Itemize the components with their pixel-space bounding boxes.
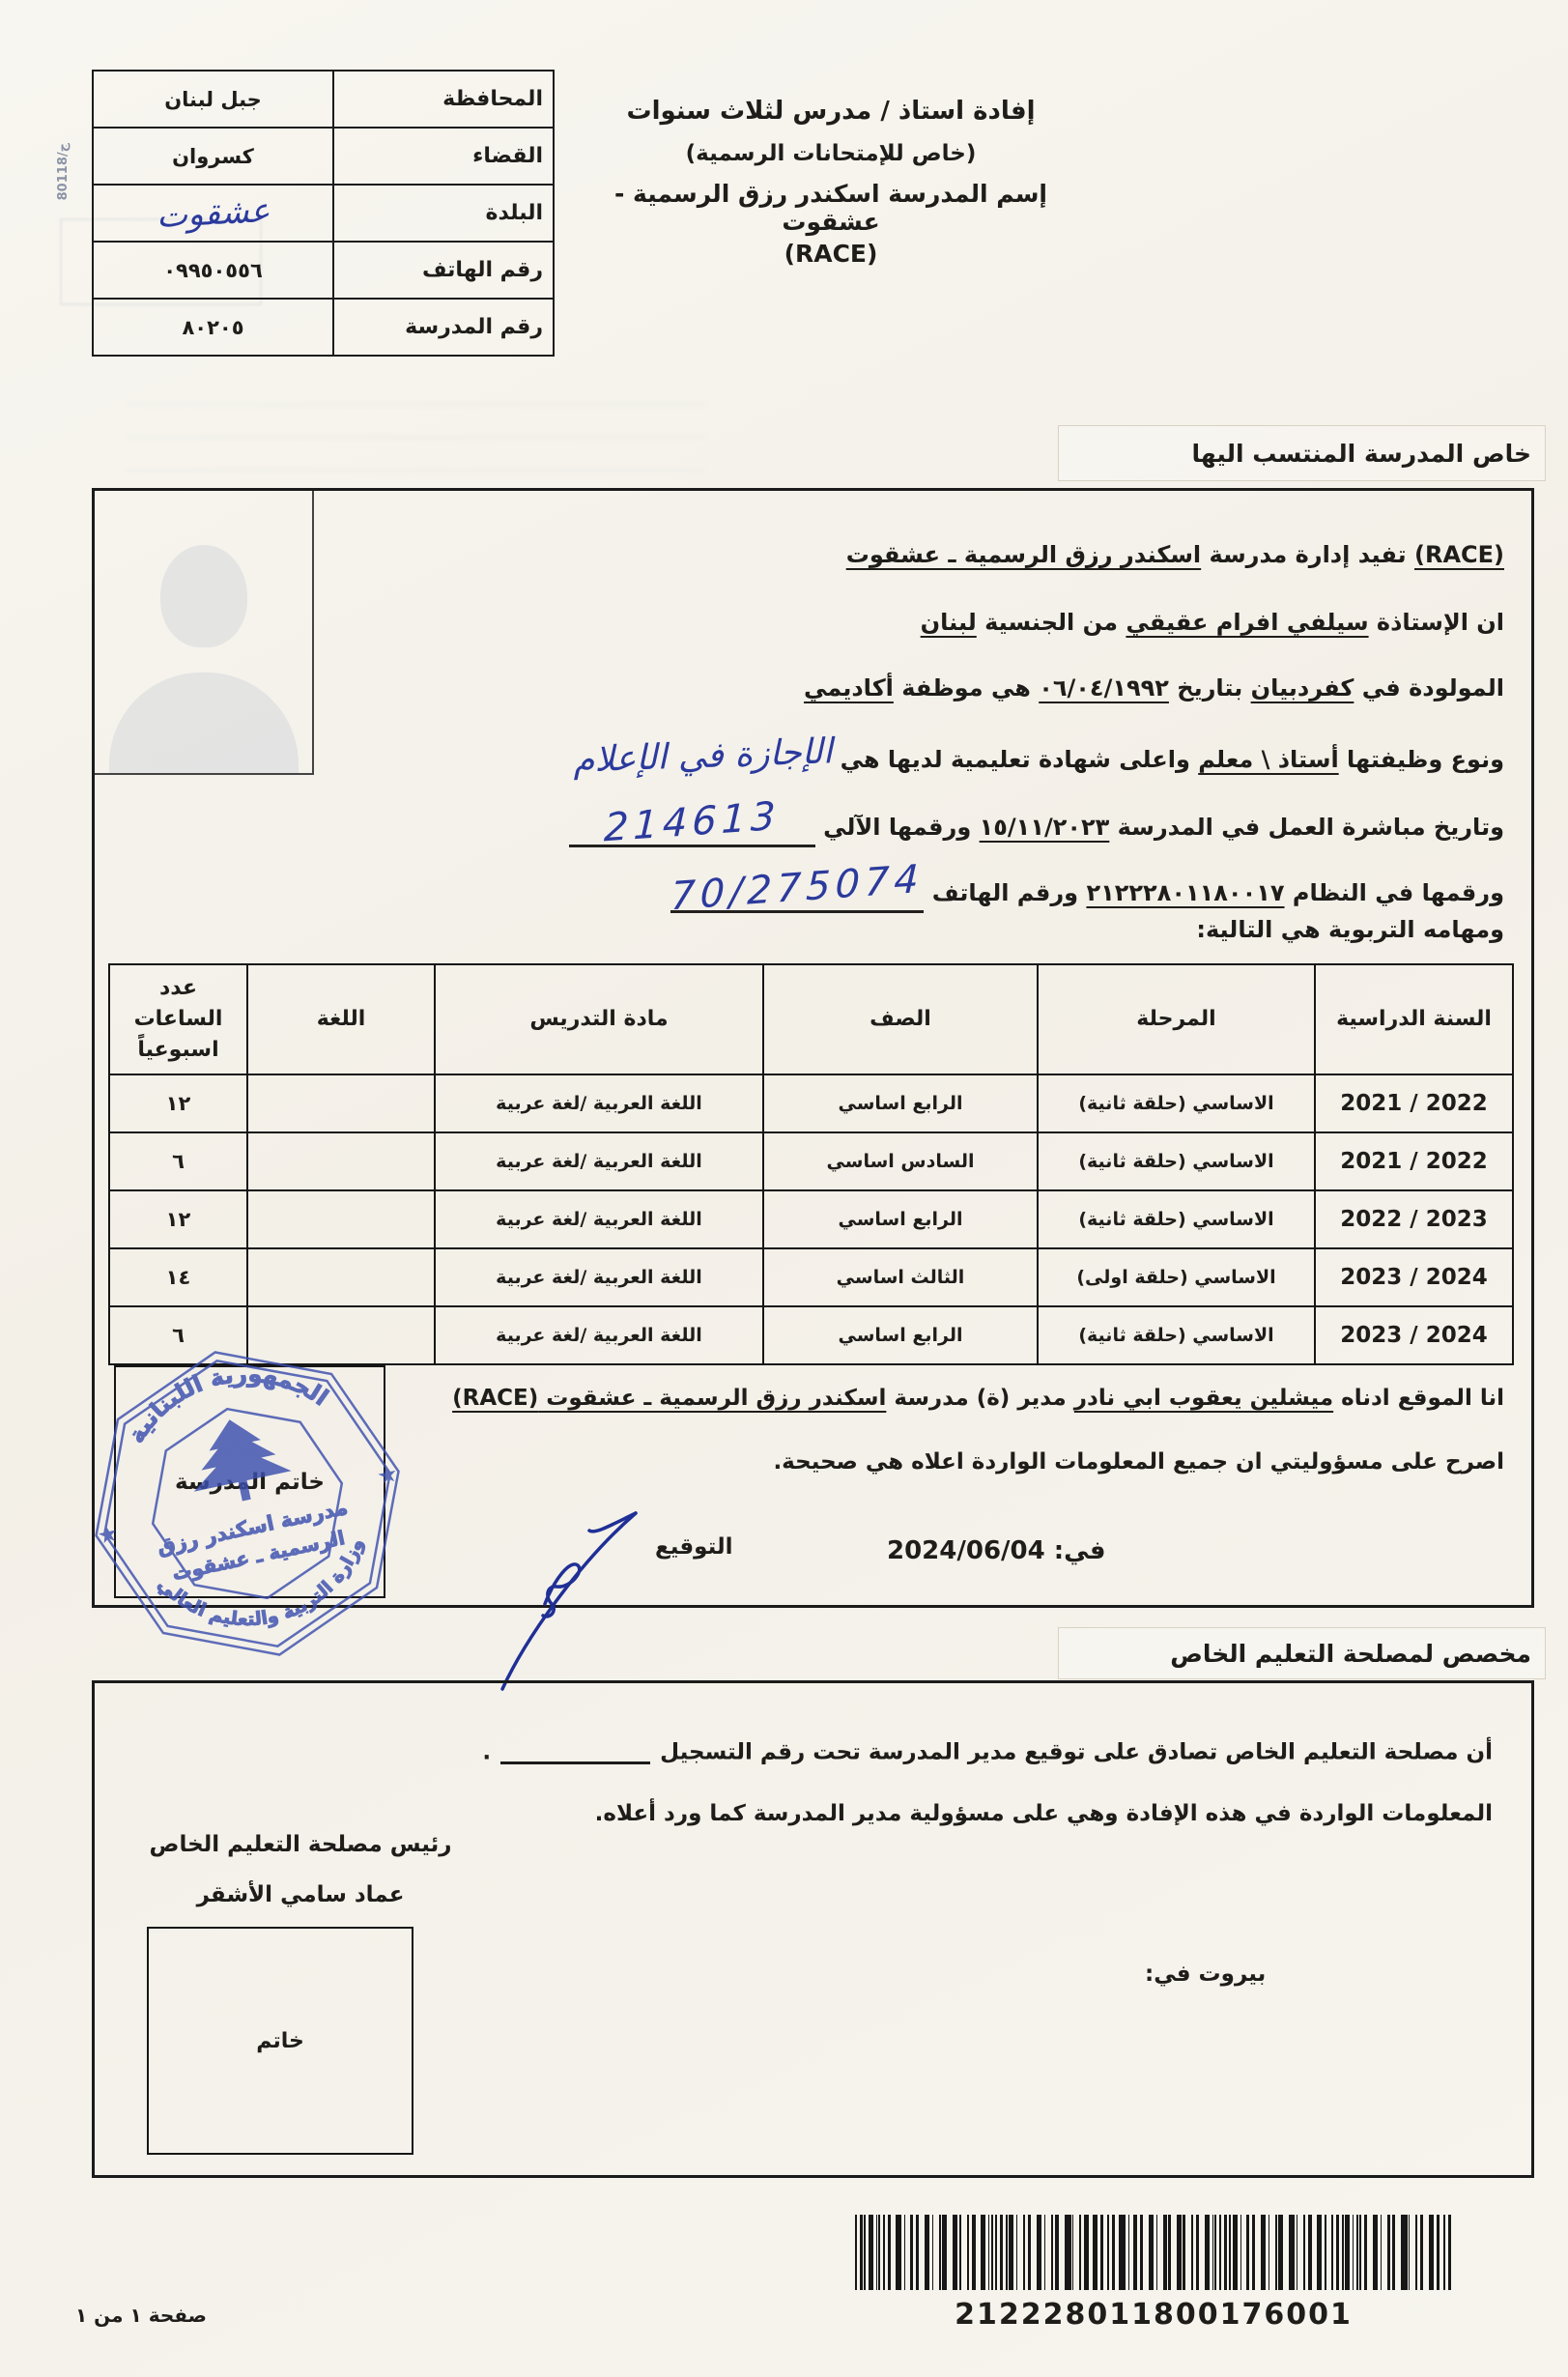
info-label: المحافظة xyxy=(333,71,554,128)
bleed-through-text xyxy=(126,375,705,472)
scanned-certificate-page: { "side_code": "80118/ج", "info_table": … xyxy=(0,0,1568,2377)
cell-hours: ١٢ xyxy=(109,1074,247,1132)
info-label: البلدة xyxy=(333,185,554,242)
info-row-governorate: المحافظة جبل لبنان xyxy=(93,71,554,128)
barcode-number: 212228011800176001 xyxy=(855,2298,1452,2332)
duties-row: 2023 / 2024 الاساسي (حلقة اولى) الثالث ا… xyxy=(109,1248,1513,1306)
header-hours: عدد الساعات اسبوعياً xyxy=(109,964,247,1074)
nationality: لبنان xyxy=(921,609,977,636)
duties-table: السنة الدراسية المرحلة الصف مادة التدريس… xyxy=(108,963,1514,1365)
cell-language xyxy=(247,1132,435,1190)
school-name: اسكندر رزق الرسمية ـ عشقوت xyxy=(846,541,1201,568)
duties-row: 2021 / 2022 الاساسي (حلقة ثانية) السادس … xyxy=(109,1132,1513,1190)
teacher-name: سيلفي افرام عقيقي xyxy=(1126,609,1368,636)
cell-stage: الاساسي (حلقة ثانية) xyxy=(1038,1190,1315,1248)
affidavit-line-4: ونوع وظيفتها أستاذ \ معلم واعلى شهادة تع… xyxy=(565,736,1504,776)
header-subject: مادة التدريس xyxy=(435,964,763,1074)
info-label: رقم الهاتف xyxy=(333,242,554,299)
cell-stage: الاساسي (حلقة ثانية) xyxy=(1038,1132,1315,1190)
certification-line-1: أن مصلحة التعليم الخاص تصادق على توقيع م… xyxy=(482,1737,1493,1764)
principal-signature xyxy=(481,1496,660,1699)
automated-number-handwritten: 214613 xyxy=(603,794,781,851)
cell-grade: الثالث اساسي xyxy=(763,1248,1038,1306)
duties-row: 2022 / 2023 الاساسي (حلقة ثانية) الرابع … xyxy=(109,1190,1513,1248)
school-acronym: (RACE) xyxy=(580,240,1082,268)
duties-header-row: السنة الدراسية المرحلة الصف مادة التدريس… xyxy=(109,964,1513,1074)
document-subtitle: (خاص للإمتحانات الرسمية) xyxy=(580,141,1082,166)
system-number: ٢١٢٢٢٨٠١١٨٠٠١٧ xyxy=(1086,879,1284,906)
cell-hours: ٦ xyxy=(109,1132,247,1190)
header-stage: المرحلة xyxy=(1038,964,1315,1074)
school-name: اسكندر رزق الرسمية ـ عشقوت xyxy=(538,1386,886,1411)
signature-label: التوقيع xyxy=(655,1534,733,1560)
info-label: رقم المدرسة xyxy=(333,299,554,356)
info-label: القضاء xyxy=(333,128,554,185)
info-value: ٠٩٩٥٠٥٥٦ xyxy=(93,242,333,299)
birthdate: ٠٦/٠٤/١٩٩٢ xyxy=(1039,674,1169,702)
race-acronym: (RACE) xyxy=(1414,541,1504,568)
declaration-line-1: انا الموقع ادناه ميشلين يعقوب ابي نادر م… xyxy=(452,1386,1504,1411)
cell-year: 2023 / 2024 xyxy=(1315,1248,1513,1306)
document-header: إفادة استاذ / مدرس لثلاث سنوات (خاص للإم… xyxy=(580,97,1082,268)
phone-field: 70/275074 xyxy=(670,866,924,913)
phone-handwritten: 70/275074 xyxy=(670,857,925,920)
header-language: اللغة xyxy=(247,964,435,1074)
photo-silhouette-head xyxy=(160,545,247,647)
cell-subject: اللغة العربية /لغة عربية xyxy=(435,1190,763,1248)
affidavit-line-5: وتاريخ مباشرة العمل في المدرسة ١٥/١١/٢٠٢… xyxy=(569,800,1504,847)
photo-silhouette-shoulders xyxy=(109,673,299,775)
declaration-date: في: 2024/06/04 xyxy=(887,1536,1106,1565)
employee-type: أكاديمي xyxy=(804,674,894,702)
info-value: كسروان xyxy=(93,128,333,185)
info-row-phone: رقم الهاتف ٠٩٩٥٠٥٥٦ xyxy=(93,242,554,299)
header-year: السنة الدراسية xyxy=(1315,964,1513,1074)
job-type: أستاذ \ معلم xyxy=(1198,746,1338,773)
page-number: صفحة ١ من ١ xyxy=(75,2304,207,2327)
cell-subject: اللغة العربية /لغة عربية xyxy=(435,1306,763,1364)
cell-language xyxy=(247,1074,435,1132)
cell-year: 2021 / 2022 xyxy=(1315,1074,1513,1132)
affidavit-line-2: ان الإستاذة سيلفي افرام عقيقي من الجنسية… xyxy=(921,609,1504,636)
school-name-line: إسم المدرسة اسكندر رزق الرسمية - عشقوت xyxy=(580,180,1082,236)
document-title: إفادة استاذ / مدرس لثلاث سنوات xyxy=(580,97,1082,126)
cell-grade: السادس اساسي xyxy=(763,1132,1038,1190)
cell-subject: اللغة العربية /لغة عربية xyxy=(435,1074,763,1132)
barcode xyxy=(855,2215,1452,2290)
affidavit-line-1: (RACE) تفيد إدارة مدرسة اسكندر رزق الرسم… xyxy=(846,541,1504,568)
certification-line-2: المعلومات الواردة في هذه الإفادة وهي على… xyxy=(595,1801,1493,1826)
cell-stage: الاساسي (حلقة ثانية) xyxy=(1038,1074,1315,1132)
cell-grade: الرابع اساسي xyxy=(763,1306,1038,1364)
info-row-town: البلدة عشقوت xyxy=(93,185,554,242)
cell-stage: الاساسي (حلقة اولى) xyxy=(1038,1248,1315,1306)
official-school-stamp: الجمهورية اللبنانية وزارة التربية والتعل… xyxy=(43,1300,451,1707)
cell-year: 2023 / 2024 xyxy=(1315,1306,1513,1364)
info-value: ٨٠٢٠٥ xyxy=(93,299,333,356)
chief-title: رئيس مصلحة التعليم الخاص xyxy=(145,1832,456,1857)
cell-subject: اللغة العربية /لغة عربية xyxy=(435,1248,763,1306)
info-row-school-number: رقم المدرسة ٨٠٢٠٥ xyxy=(93,299,554,356)
cedar-tree-icon xyxy=(183,1411,294,1510)
cell-grade: الرابع اساسي xyxy=(763,1074,1038,1132)
cell-language xyxy=(247,1190,435,1248)
cell-stage: الاساسي (حلقة ثانية) xyxy=(1038,1306,1315,1364)
cell-subject: اللغة العربية /لغة عربية xyxy=(435,1132,763,1190)
degree-handwritten: الإجازة في الإعلام xyxy=(572,731,833,780)
cell-language xyxy=(247,1248,435,1306)
declaration-line-2: اصرح على مسؤوليتي ان جميع المعلومات الوا… xyxy=(773,1449,1504,1475)
start-date: ١٥/١١/٢٠٢٣ xyxy=(980,814,1110,841)
cell-year: 2022 / 2023 xyxy=(1315,1190,1513,1248)
form-serial-code: 80118/ج xyxy=(56,143,71,200)
ministry-stamp-placeholder: خاتم xyxy=(147,1927,413,2155)
beirut-date-label: بيروت في: xyxy=(1145,1962,1266,1987)
affidavit-line-6: ورقمها في النظام ٢١٢٢٢٨٠١١٨٠٠١٧ ورقم اله… xyxy=(670,866,1504,913)
header-grade: الصف xyxy=(763,964,1038,1074)
race-acronym: (RACE) xyxy=(452,1386,538,1411)
chief-name: عماد سامي الأشقر xyxy=(145,1882,456,1907)
duties-row: 2021 / 2022 الاساسي (حلقة ثانية) الرابع … xyxy=(109,1074,1513,1132)
cell-grade: الرابع اساسي xyxy=(763,1190,1038,1248)
principal-name: ميشلين يعقوب ابي نادر xyxy=(1074,1386,1333,1411)
birthplace: كفردبيان xyxy=(1251,674,1354,702)
cell-year: 2021 / 2022 xyxy=(1315,1132,1513,1190)
automated-number-field: 214613 xyxy=(569,800,815,847)
school-info-table: المحافظة جبل لبنان القضاء كسروان البلدة … xyxy=(92,70,555,357)
info-row-district: القضاء كسروان xyxy=(93,128,554,185)
section-heading-private-education: مخصص لمصلحة التعليم الخاص xyxy=(1058,1627,1546,1679)
stamp-outer-octagon xyxy=(64,1320,431,1687)
info-value: جبل لبنان xyxy=(93,71,333,128)
photo-placeholder xyxy=(95,491,314,775)
registration-number-blank xyxy=(500,1737,650,1764)
duties-heading: ومهامه التربوية هي التالية: xyxy=(1196,916,1504,943)
affidavit-line-3: المولودة في كفردبيان بتاريخ ٠٦/٠٤/١٩٩٢ ه… xyxy=(804,674,1504,702)
info-value-handwritten: عشقوت xyxy=(93,185,333,242)
section-heading-school: خاص المدرسة المنتسب اليها xyxy=(1058,425,1546,481)
cell-hours: ١٤ xyxy=(109,1248,247,1306)
stamp-star-left: ★ xyxy=(97,1521,119,1547)
cell-hours: ١٢ xyxy=(109,1190,247,1248)
